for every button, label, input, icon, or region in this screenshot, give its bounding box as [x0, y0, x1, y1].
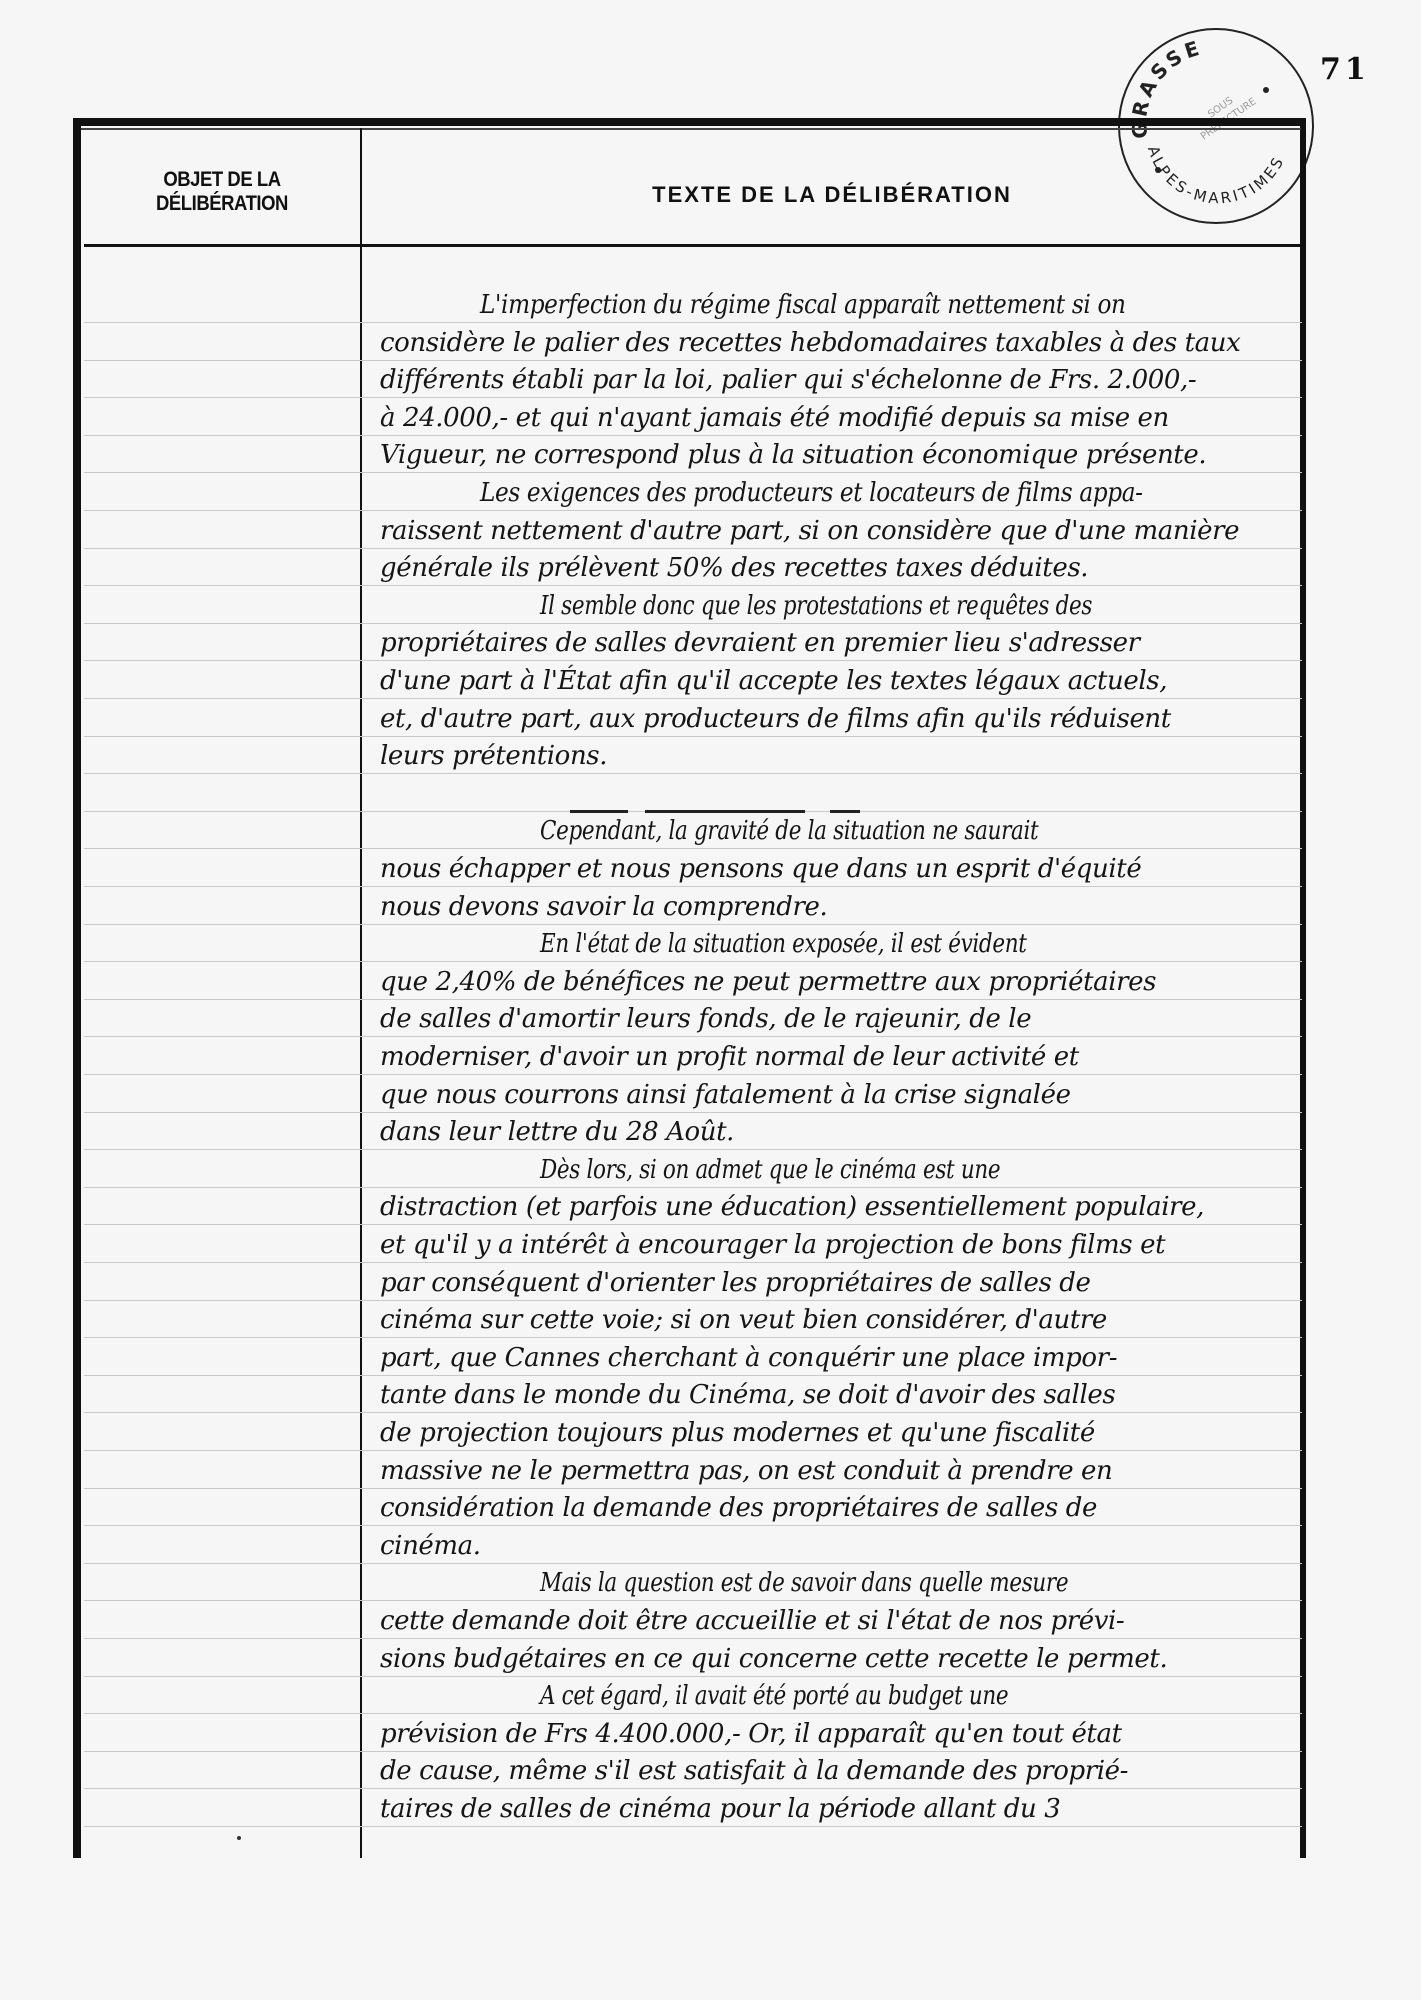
ruled-line	[84, 1563, 1302, 1564]
ruled-line	[84, 1600, 1302, 1601]
text-line: considère le palier des recettes hebdoma…	[380, 328, 1300, 358]
text-line: de salles d'amortir leurs fonds, de le r…	[380, 1004, 1300, 1034]
ruled-line	[84, 585, 1302, 586]
ruled-line	[84, 1826, 1302, 1827]
ruled-line	[84, 736, 1302, 737]
ruled-line	[84, 848, 1302, 849]
text-line: et qu'il y a intérêt à encourager la pro…	[380, 1230, 1300, 1260]
text-line: leurs prétentions.	[380, 741, 1300, 771]
ruled-line	[84, 1036, 1302, 1037]
ruled-line	[84, 961, 1302, 962]
text-line: tante dans le monde du Cinéma, se doit d…	[380, 1380, 1300, 1410]
text-line: nous échapper et nous pensons que dans u…	[380, 854, 1300, 884]
text-line: L'imperfection du régime fiscal apparaît…	[480, 290, 1300, 320]
ruled-line	[84, 1262, 1302, 1263]
text-line: En l'état de la situation exposée, il es…	[540, 929, 1300, 959]
section-separator	[570, 810, 920, 813]
text-line: propriétaires de salles devraient en pre…	[380, 628, 1300, 658]
text-line: Dès lors, si on admet que le cinéma est …	[540, 1155, 1300, 1185]
ruled-line	[84, 1112, 1302, 1113]
ruled-line	[84, 510, 1302, 511]
ruled-line	[84, 1788, 1302, 1789]
ruled-line	[84, 1074, 1302, 1075]
ruled-line	[84, 1149, 1302, 1150]
text-line: cette demande doit être accueillie et si…	[380, 1606, 1300, 1636]
text-line: cinéma.	[380, 1531, 1300, 1561]
ruled-line	[84, 1488, 1302, 1489]
text-line: d'une part à l'État afin qu'il accepte l…	[380, 666, 1300, 696]
header-rule	[84, 244, 1302, 247]
ruled-line	[84, 660, 1302, 661]
text-line: générale ils prélèvent 50% des recettes …	[380, 553, 1300, 583]
text-line: Cependant, la gravité de la situation ne…	[540, 816, 1300, 846]
text-line: A cet égard, il avait été porté au budge…	[540, 1681, 1300, 1711]
ruled-line	[84, 1337, 1302, 1338]
text-line: massive ne le permettra pas, on est cond…	[380, 1456, 1300, 1486]
ruled-line	[84, 698, 1302, 699]
ruled-line	[84, 1450, 1302, 1451]
ruled-line	[84, 924, 1302, 925]
text-line: dans leur lettre du 28 Août.	[380, 1117, 1300, 1147]
text-line: distraction (et parfois une éducation) e…	[380, 1192, 1300, 1222]
ruled-line	[84, 1375, 1302, 1376]
ruled-line	[84, 397, 1302, 398]
text-line: que 2,40% de bénéfices ne peut permettre…	[380, 967, 1300, 997]
ruled-line	[84, 548, 1302, 549]
text-line: par conséquent d'orienter les propriétai…	[380, 1268, 1300, 1298]
text-line: différents établi par la loi, palier qui…	[380, 365, 1300, 395]
ruled-line	[84, 435, 1302, 436]
ruled-line	[84, 1412, 1302, 1413]
column-header-texte: TEXTE DE LA DÉLIBÉRATION	[362, 182, 1302, 208]
text-line: prévision de Frs 4.400.000,- Or, il appa…	[380, 1719, 1300, 1749]
ruled-line	[84, 472, 1302, 473]
text-line: que nous courrons ainsi fatalement à la …	[380, 1080, 1300, 1110]
column-header-objet: OBJET DE LA DÉLIBÉRATION	[101, 168, 344, 216]
ruled-line	[84, 1751, 1302, 1752]
page-number: 71	[1320, 52, 1370, 87]
text-line: considération la demande des propriétair…	[380, 1493, 1300, 1523]
column-divider	[360, 128, 362, 1858]
text-line: taires de salles de cinéma pour la pério…	[380, 1794, 1300, 1824]
text-line: de projection toujours plus modernes et …	[380, 1418, 1300, 1448]
ruled-line	[84, 1676, 1302, 1677]
ruled-line	[84, 360, 1302, 361]
text-line: Les exigences des producteurs et locateu…	[480, 478, 1300, 508]
text-line: sions budgétaires en ce qui concerne cet…	[380, 1644, 1300, 1674]
text-line: à 24.000,- et qui n'ayant jamais été mod…	[380, 403, 1300, 433]
frame-inner-rule	[81, 128, 1301, 130]
text-line: nous devons savoir la comprendre.	[380, 892, 1300, 922]
ruled-line	[84, 773, 1302, 774]
text-line: Il semble donc que les protestations et …	[540, 591, 1300, 621]
ruled-line	[84, 1638, 1302, 1639]
ruled-line	[84, 1224, 1302, 1225]
text-line: Mais la question est de savoir dans quel…	[540, 1568, 1300, 1598]
text-line: raissent nettement d'autre part, si on c…	[380, 516, 1300, 546]
ruled-line	[84, 1525, 1302, 1526]
text-line: Vigueur, ne correspond plus à la situati…	[380, 440, 1300, 470]
text-line: et, d'autre part, aux producteurs de fil…	[380, 704, 1300, 734]
ruled-line	[84, 623, 1302, 624]
ruled-line	[84, 1187, 1302, 1188]
ruled-line	[84, 322, 1302, 323]
ruled-line	[84, 886, 1302, 887]
margin-dot	[237, 1836, 241, 1840]
text-line: cinéma sur cette voie; si on veut bien c…	[380, 1305, 1300, 1335]
text-line: moderniser, d'avoir un profit normal de …	[380, 1042, 1300, 1072]
text-line: part, que Cannes cherchant à conquérir u…	[380, 1343, 1300, 1373]
text-line: de cause, même s'il est satisfait à la d…	[380, 1756, 1300, 1786]
ruled-line	[84, 1713, 1302, 1714]
ruled-line	[84, 999, 1302, 1000]
ruled-line	[84, 1300, 1302, 1301]
